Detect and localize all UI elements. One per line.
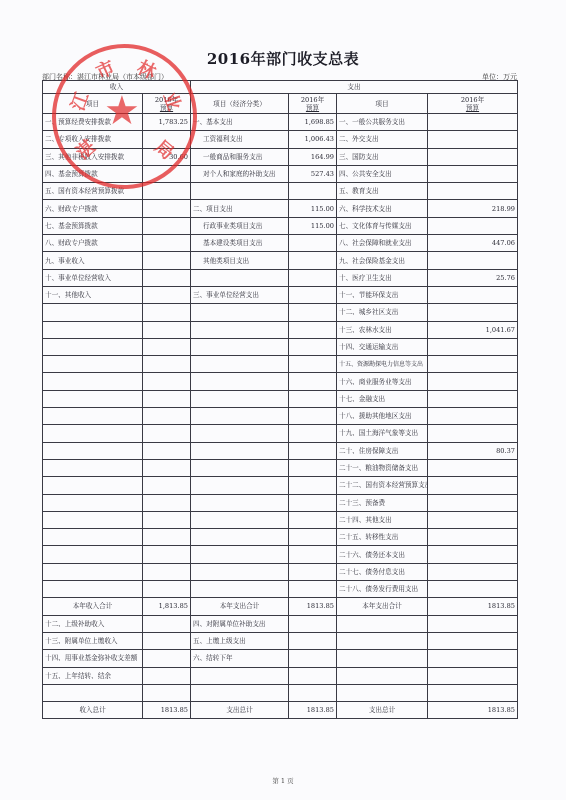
func-item: 二十一、粮油物资储备支出 xyxy=(337,459,428,476)
func-value xyxy=(428,252,518,269)
income-value xyxy=(143,321,191,338)
econ-value xyxy=(289,356,337,373)
income-value: 30.60 xyxy=(143,148,191,165)
econ-item xyxy=(191,321,289,338)
func-value: 1,041.67 xyxy=(428,321,518,338)
econ-budget-header: 2016年预算 xyxy=(289,94,337,114)
func-value xyxy=(428,390,518,407)
econ-subtotal-value: 1813.85 xyxy=(289,598,337,615)
func-item: 十二、城乡社区支出 xyxy=(337,304,428,321)
econ-item xyxy=(191,511,289,528)
income-total-value: 1813.85 xyxy=(143,702,191,719)
func-item: 二十四、其他支出 xyxy=(337,511,428,528)
budget-table: 收入 支出 项目 2016年预算 项目（经济分类） 2016年预算 项目 201… xyxy=(42,80,518,719)
table-row: 十、事业单位经营收入十、医疗卫生支出25.76 xyxy=(43,269,518,286)
econ-value xyxy=(289,529,337,546)
func-value xyxy=(428,131,518,148)
econ-value xyxy=(289,286,337,303)
income-value xyxy=(143,459,191,476)
income-value xyxy=(143,373,191,390)
func-item: 八、社会保障和就业支出 xyxy=(337,235,428,252)
func-item: 二十、住房保障支出 xyxy=(337,442,428,459)
header-row-1: 收入 支出 xyxy=(43,81,518,94)
income-item xyxy=(43,321,143,338)
func-value xyxy=(428,286,518,303)
income-value xyxy=(143,200,191,217)
func-value xyxy=(428,650,518,667)
econ-value: 527.43 xyxy=(289,165,337,182)
func-item: 二十五、转移性支出 xyxy=(337,529,428,546)
func-item: 十四、交通运输支出 xyxy=(337,338,428,355)
econ-item xyxy=(191,408,289,425)
income-item: 一、预算经费安排拨款 xyxy=(43,114,143,131)
econ-value xyxy=(289,494,337,511)
income-value xyxy=(143,529,191,546)
income-value xyxy=(143,684,191,701)
econ-item xyxy=(191,269,289,286)
func-item: 十九、国土海洋气象等支出 xyxy=(337,425,428,442)
income-item xyxy=(43,408,143,425)
income-value xyxy=(143,165,191,182)
income-value xyxy=(143,304,191,321)
econ-item: 六、结转下年 xyxy=(191,650,289,667)
subtotal-row: 本年收入合计1,813.85本年支出合计1813.85本年支出合计1813.85 xyxy=(43,598,518,615)
income-item xyxy=(43,546,143,563)
income-item xyxy=(43,373,143,390)
econ-item: 三、事业单位经营支出 xyxy=(191,286,289,303)
income-item: 七、基金预算拨款 xyxy=(43,217,143,234)
econ-value xyxy=(289,546,337,563)
table-row: 二十八、债务发行费用支出 xyxy=(43,581,518,598)
func-item: 五、教育支出 xyxy=(337,183,428,200)
table-row: 三、其他非税收入安排拨款30.60一般商品和服务支出164.99三、国防支出 xyxy=(43,148,518,165)
income-value xyxy=(143,286,191,303)
func-value xyxy=(428,425,518,442)
table-row xyxy=(43,684,518,701)
income-subtotal-label: 本年收入合计 xyxy=(43,598,143,615)
income-item: 二、专项收入安排拨款 xyxy=(43,131,143,148)
econ-value xyxy=(289,338,337,355)
income-item xyxy=(43,442,143,459)
table-row: 十一、其他收入三、事业单位经营支出十一、节能环保支出 xyxy=(43,286,518,303)
func-item: 六、科学技术支出 xyxy=(337,200,428,217)
income-item xyxy=(43,684,143,701)
func-item xyxy=(337,632,428,649)
func-item-header: 项目 xyxy=(337,94,428,114)
income-value xyxy=(143,408,191,425)
econ-item: 对个人和家庭的补助支出 xyxy=(191,165,289,182)
econ-item xyxy=(191,667,289,684)
func-value xyxy=(428,373,518,390)
table-row: 二十二、国有资本经营预算支出 xyxy=(43,477,518,494)
func-item: 十七、金融支出 xyxy=(337,390,428,407)
income-total-label: 收入总计 xyxy=(43,702,143,719)
income-item xyxy=(43,477,143,494)
income-budget-header: 2016年预算 xyxy=(143,94,191,114)
econ-subtotal-label: 本年支出合计 xyxy=(191,598,289,615)
table-row: 六、财政专户拨款二、项目支出115.00六、科学技术支出218.99 xyxy=(43,200,518,217)
func-value xyxy=(428,511,518,528)
econ-value xyxy=(289,511,337,528)
income-value xyxy=(143,581,191,598)
income-value xyxy=(143,477,191,494)
income-value: 1,783.25 xyxy=(143,114,191,131)
func-value xyxy=(428,338,518,355)
func-value xyxy=(428,459,518,476)
econ-value xyxy=(289,442,337,459)
econ-item xyxy=(191,546,289,563)
income-item: 四、基金预算拨款 xyxy=(43,165,143,182)
income-value xyxy=(143,390,191,407)
income-value xyxy=(143,494,191,511)
income-value xyxy=(143,217,191,234)
table-row: 八、财政专户拨款基本建设类项目支出八、社会保障和就业支出447.06 xyxy=(43,235,518,252)
func-value xyxy=(428,563,518,580)
income-value xyxy=(143,442,191,459)
income-item: 十五、上年结转、结余 xyxy=(43,667,143,684)
econ-value xyxy=(289,684,337,701)
econ-item xyxy=(191,563,289,580)
econ-item xyxy=(191,494,289,511)
func-item: 一、一般公共服务支出 xyxy=(337,114,428,131)
econ-item: 二、项目支出 xyxy=(191,200,289,217)
income-item xyxy=(43,356,143,373)
income-value xyxy=(143,356,191,373)
income-value xyxy=(143,650,191,667)
income-value xyxy=(143,425,191,442)
func-value xyxy=(428,217,518,234)
func-item: 十八、援助其他地区支出 xyxy=(337,408,428,425)
func-value xyxy=(428,183,518,200)
income-item: 十三、附属单位上缴收入 xyxy=(43,632,143,649)
income-item: 八、财政专户拨款 xyxy=(43,235,143,252)
econ-value xyxy=(289,667,337,684)
income-item: 六、财政专户拨款 xyxy=(43,200,143,217)
income-value xyxy=(143,615,191,632)
table-row: 十九、国土海洋气象等支出 xyxy=(43,425,518,442)
table-row: 二十、住房保障支出80.37 xyxy=(43,442,518,459)
econ-item xyxy=(191,684,289,701)
income-item xyxy=(43,390,143,407)
table-row: 十二、城乡社区支出 xyxy=(43,304,518,321)
table-row: 十五、资源勘探电力信息等支出 xyxy=(43,356,518,373)
func-value xyxy=(428,632,518,649)
expense-header: 支出 xyxy=(191,81,518,94)
func-value xyxy=(428,529,518,546)
income-value xyxy=(143,632,191,649)
func-item: 二、外交支出 xyxy=(337,131,428,148)
func-item: 九、社会保险基金支出 xyxy=(337,252,428,269)
table-row: 十三、农林水支出1,041.67 xyxy=(43,321,518,338)
econ-value xyxy=(289,650,337,667)
econ-value xyxy=(289,269,337,286)
econ-item xyxy=(191,338,289,355)
func-value: 80.37 xyxy=(428,442,518,459)
table-row: 十三、附属单位上缴收入五、上缴上级支出 xyxy=(43,632,518,649)
func-item: 二十二、国有资本经营预算支出 xyxy=(337,477,428,494)
econ-item xyxy=(191,581,289,598)
func-item: 十三、农林水支出 xyxy=(337,321,428,338)
func-budget-header: 2016年预算 xyxy=(428,94,518,114)
func-value xyxy=(428,114,518,131)
func-value xyxy=(428,581,518,598)
func-item xyxy=(337,684,428,701)
income-item xyxy=(43,563,143,580)
func-item: 二十六、债务还本支出 xyxy=(337,546,428,563)
econ-item xyxy=(191,183,289,200)
table-row: 一、预算经费安排拨款1,783.25一、基本支出1,698.85一、一般公共服务… xyxy=(43,114,518,131)
econ-item xyxy=(191,529,289,546)
income-item: 三、其他非税收入安排拨款 xyxy=(43,148,143,165)
table-row: 二十三、预备费 xyxy=(43,494,518,511)
econ-value xyxy=(289,477,337,494)
econ-item xyxy=(191,442,289,459)
table-row: 二十七、债务付息支出 xyxy=(43,563,518,580)
table-row: 十二、上级补助收入四、对附属单位补助支出 xyxy=(43,615,518,632)
econ-value: 164.99 xyxy=(289,148,337,165)
table-row: 七、基金预算拨款行政事业类项目支出115.00七、文化体育与传媒支出 xyxy=(43,217,518,234)
econ-value xyxy=(289,304,337,321)
total-row: 收入总计1813.85支出总计1813.85支出总计1813.85 xyxy=(43,702,518,719)
func-subtotal-value: 1813.85 xyxy=(428,598,518,615)
econ-item xyxy=(191,425,289,442)
func-value: 218.99 xyxy=(428,200,518,217)
func-value xyxy=(428,494,518,511)
func-value: 25.76 xyxy=(428,269,518,286)
income-item: 五、国有资本经营预算拨款 xyxy=(43,183,143,200)
func-item: 七、文化体育与传媒支出 xyxy=(337,217,428,234)
income-item xyxy=(43,338,143,355)
header-row-2: 项目 2016年预算 项目（经济分类） 2016年预算 项目 2016年预算 xyxy=(43,94,518,114)
econ-value: 115.00 xyxy=(289,200,337,217)
func-value xyxy=(428,477,518,494)
table-row: 二、专项收入安排拨款工资福利支出1,006.43二、外交支出 xyxy=(43,131,518,148)
func-value xyxy=(428,667,518,684)
income-item xyxy=(43,459,143,476)
econ-item xyxy=(191,459,289,476)
income-value xyxy=(143,131,191,148)
income-item-header: 项目 xyxy=(43,94,143,114)
func-item: 十一、节能环保支出 xyxy=(337,286,428,303)
page-title: 2016年部门收支总表 xyxy=(0,48,566,69)
func-value xyxy=(428,304,518,321)
func-item: 二十三、预备费 xyxy=(337,494,428,511)
econ-value xyxy=(289,408,337,425)
table-row: 十四、用事业基金弥补收支差额六、结转下年 xyxy=(43,650,518,667)
table-row: 十八、援助其他地区支出 xyxy=(43,408,518,425)
func-item: 十五、资源勘探电力信息等支出 xyxy=(337,356,428,373)
income-value xyxy=(143,511,191,528)
econ-item: 一、基本支出 xyxy=(191,114,289,131)
income-item: 十四、用事业基金弥补收支差额 xyxy=(43,650,143,667)
income-value xyxy=(143,269,191,286)
econ-item: 一般商品和服务支出 xyxy=(191,148,289,165)
econ-item xyxy=(191,304,289,321)
table-row: 二十六、债务还本支出 xyxy=(43,546,518,563)
func-total-value: 1813.85 xyxy=(428,702,518,719)
econ-value xyxy=(289,373,337,390)
income-value xyxy=(143,563,191,580)
income-value xyxy=(143,338,191,355)
table-row: 十四、交通运输支出 xyxy=(43,338,518,355)
income-item: 九、事业收入 xyxy=(43,252,143,269)
econ-item-header: 项目（经济分类） xyxy=(191,94,289,114)
econ-total-label: 支出总计 xyxy=(191,702,289,719)
econ-value xyxy=(289,321,337,338)
table-row: 二十五、转移性支出 xyxy=(43,529,518,546)
income-header: 收入 xyxy=(43,81,191,94)
income-item xyxy=(43,581,143,598)
income-item: 十、事业单位经营收入 xyxy=(43,269,143,286)
econ-item xyxy=(191,390,289,407)
econ-item xyxy=(191,373,289,390)
income-item xyxy=(43,304,143,321)
income-item xyxy=(43,511,143,528)
table-row: 二十一、粮油物资储备支出 xyxy=(43,459,518,476)
econ-value xyxy=(289,563,337,580)
func-value: 447.06 xyxy=(428,235,518,252)
func-value xyxy=(428,148,518,165)
econ-item: 行政事业类项目支出 xyxy=(191,217,289,234)
func-item: 十六、商业服务业等支出 xyxy=(337,373,428,390)
econ-item: 其他类项目支出 xyxy=(191,252,289,269)
income-item xyxy=(43,425,143,442)
income-value xyxy=(143,667,191,684)
func-value xyxy=(428,684,518,701)
income-item xyxy=(43,494,143,511)
income-value xyxy=(143,235,191,252)
func-item: 二十七、债务付息支出 xyxy=(337,563,428,580)
table-row: 十五、上年结转、结余 xyxy=(43,667,518,684)
income-value xyxy=(143,546,191,563)
econ-value xyxy=(289,615,337,632)
econ-value: 1,698.85 xyxy=(289,114,337,131)
table-row: 二十四、其他支出 xyxy=(43,511,518,528)
income-item xyxy=(43,529,143,546)
func-item xyxy=(337,650,428,667)
econ-item xyxy=(191,477,289,494)
income-item: 十二、上级补助收入 xyxy=(43,615,143,632)
econ-value: 115.00 xyxy=(289,217,337,234)
econ-total-value: 1813.85 xyxy=(289,702,337,719)
func-item xyxy=(337,615,428,632)
func-value xyxy=(428,165,518,182)
func-value xyxy=(428,356,518,373)
table-row: 四、基金预算拨款对个人和家庭的补助支出527.43四、公共安全支出 xyxy=(43,165,518,182)
func-value xyxy=(428,546,518,563)
econ-item: 四、对附属单位补助支出 xyxy=(191,615,289,632)
func-item: 二十八、债务发行费用支出 xyxy=(337,581,428,598)
econ-value: 1,006.43 xyxy=(289,131,337,148)
income-subtotal-value: 1,813.85 xyxy=(143,598,191,615)
econ-item: 五、上缴上级支出 xyxy=(191,632,289,649)
econ-item xyxy=(191,356,289,373)
income-value xyxy=(143,252,191,269)
econ-value xyxy=(289,459,337,476)
table-row: 九、事业收入其他类项目支出九、社会保险基金支出 xyxy=(43,252,518,269)
econ-value xyxy=(289,390,337,407)
econ-value xyxy=(289,235,337,252)
econ-value xyxy=(289,425,337,442)
func-item xyxy=(337,667,428,684)
income-value xyxy=(143,183,191,200)
func-total-label: 支出总计 xyxy=(337,702,428,719)
econ-value xyxy=(289,632,337,649)
econ-value xyxy=(289,581,337,598)
table-row: 十七、金融支出 xyxy=(43,390,518,407)
page-number: 第 1 页 xyxy=(0,776,566,785)
func-subtotal-label: 本年支出合计 xyxy=(337,598,428,615)
table-row: 五、国有资本经营预算拨款五、教育支出 xyxy=(43,183,518,200)
func-item: 四、公共安全支出 xyxy=(337,165,428,182)
income-item: 十一、其他收入 xyxy=(43,286,143,303)
func-value xyxy=(428,408,518,425)
func-item: 十、医疗卫生支出 xyxy=(337,269,428,286)
econ-value xyxy=(289,183,337,200)
table-row: 十六、商业服务业等支出 xyxy=(43,373,518,390)
econ-item: 工资福利支出 xyxy=(191,131,289,148)
econ-item: 基本建设类项目支出 xyxy=(191,235,289,252)
econ-value xyxy=(289,252,337,269)
func-item: 三、国防支出 xyxy=(337,148,428,165)
func-value xyxy=(428,615,518,632)
